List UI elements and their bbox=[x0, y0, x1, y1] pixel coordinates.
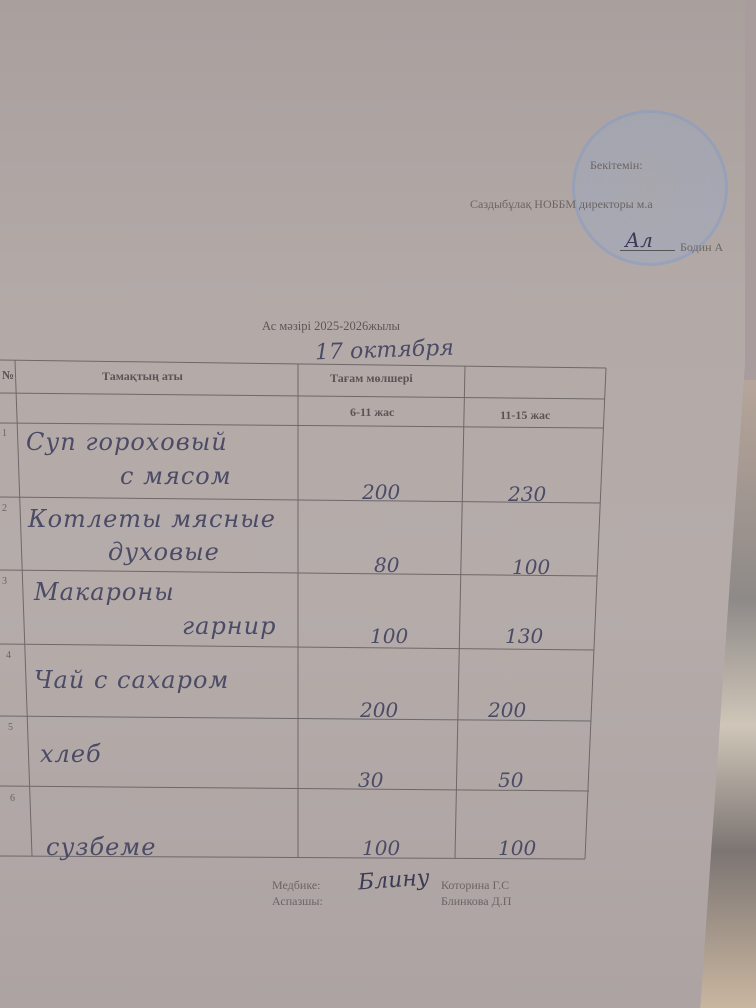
nurse-label: Медбике: bbox=[272, 878, 321, 893]
row-number: 3 bbox=[2, 576, 7, 587]
qty-6-11: 30 bbox=[358, 768, 383, 792]
qty-6-11: 100 bbox=[370, 624, 408, 648]
header-number: № bbox=[2, 368, 14, 383]
header-age-6-11: 6-11 жас bbox=[350, 405, 394, 420]
header-dish-name: Тамақтың аты bbox=[102, 369, 183, 384]
dish-name: Котлеты мясные bbox=[28, 505, 276, 533]
qty-11-15: 230 bbox=[508, 482, 546, 506]
cook-signature: Блину bbox=[357, 866, 430, 896]
dish-name: Суп гороховый bbox=[26, 428, 228, 456]
dish-name: хлеб bbox=[40, 740, 102, 768]
row-number: 2 bbox=[2, 503, 7, 514]
qty-6-11: 80 bbox=[374, 553, 399, 577]
qty-11-15: 130 bbox=[505, 624, 543, 648]
qty-6-11: 200 bbox=[360, 698, 398, 722]
dish-name-line2: гарнир bbox=[182, 612, 276, 640]
row-number: 1 bbox=[2, 428, 7, 439]
row-number: 5 bbox=[8, 722, 13, 733]
qty-11-15: 200 bbox=[488, 698, 526, 722]
qty-11-15: 100 bbox=[512, 555, 550, 579]
dish-name-line2: с мясом bbox=[120, 462, 232, 490]
dish-name-line2: духовые bbox=[108, 538, 220, 566]
cook-name: Блинкова Д.П bbox=[441, 894, 511, 909]
qty-11-15: 100 bbox=[498, 836, 536, 860]
header-portion: Тағам мөлшері bbox=[330, 371, 413, 386]
row-number: 4 bbox=[6, 650, 11, 661]
qty-6-11: 200 bbox=[362, 480, 400, 504]
qty-6-11: 100 bbox=[362, 836, 400, 860]
dish-name: сузбеме bbox=[46, 833, 156, 861]
cook-label: Аспазшы: bbox=[272, 894, 323, 909]
nurse-name: Которина Г.С bbox=[441, 878, 509, 893]
header-age-11-15: 11-15 жас bbox=[500, 408, 550, 423]
qty-11-15: 50 bbox=[498, 768, 523, 792]
row-number: 6 bbox=[10, 793, 15, 804]
dish-name: Макароны bbox=[34, 578, 175, 606]
dish-name: Чай с сахаром bbox=[34, 666, 229, 694]
